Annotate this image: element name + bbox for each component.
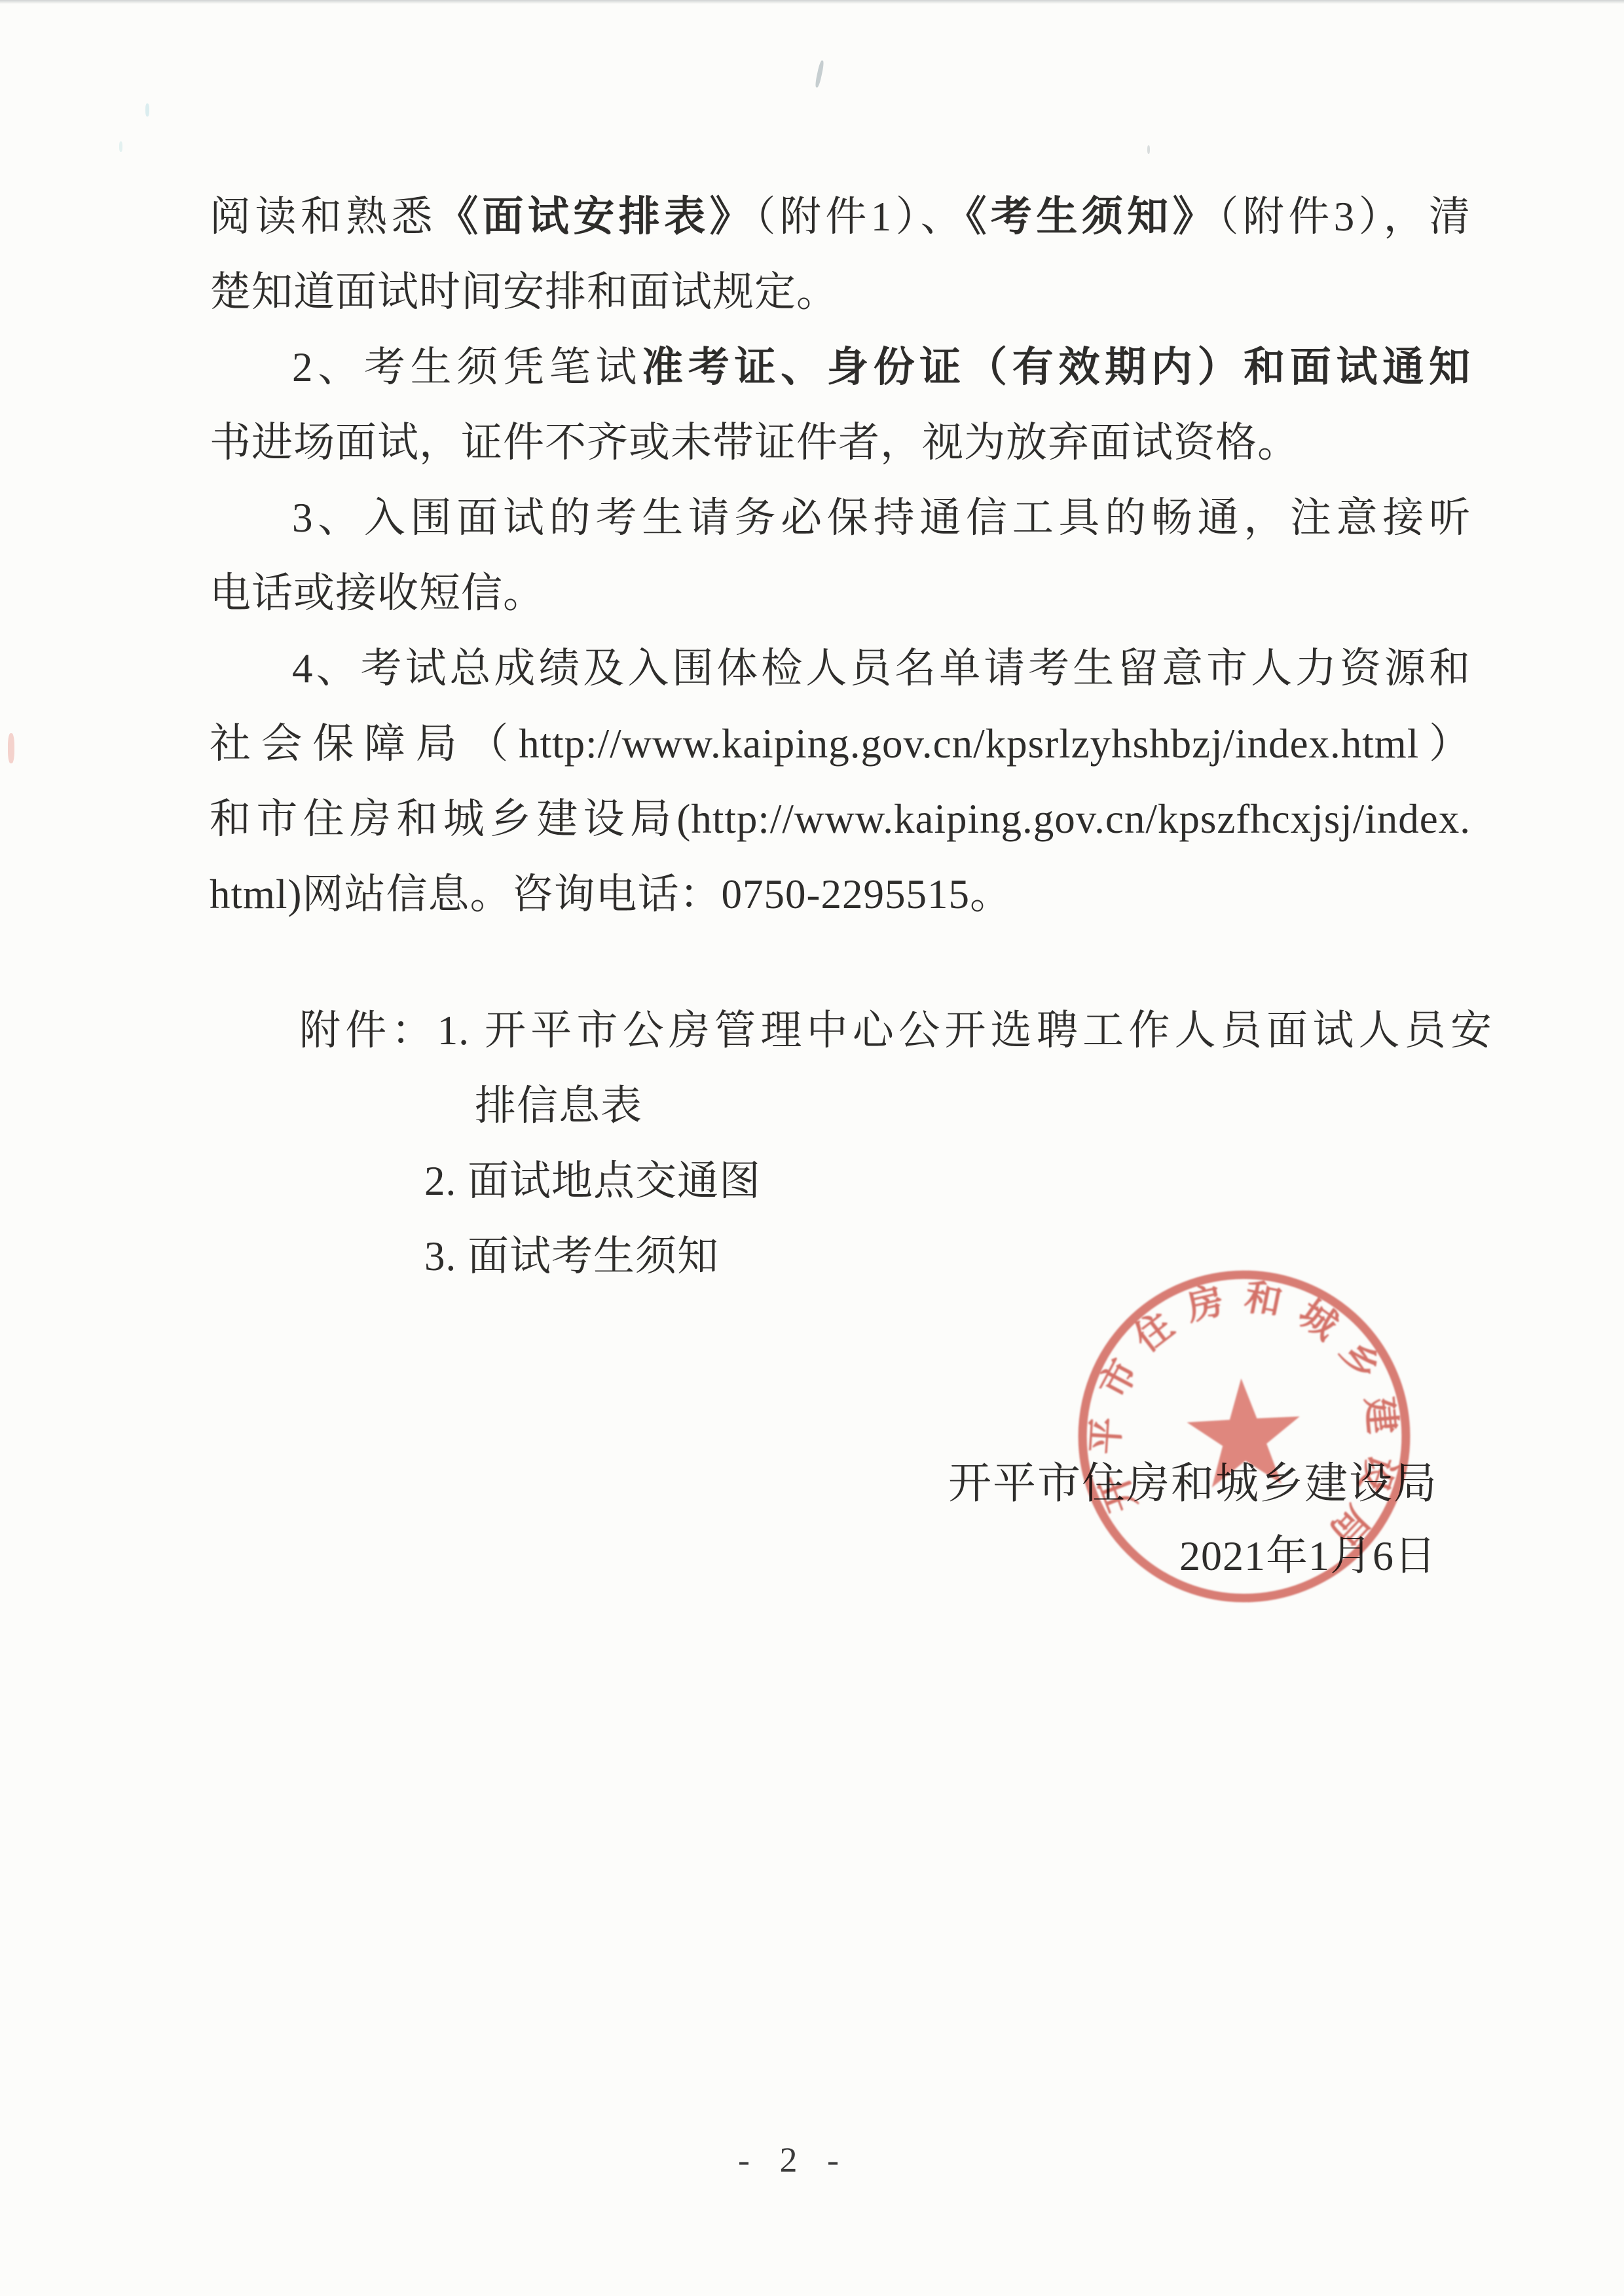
text-segment-url: 社会保障局（http://www.kaiping.gov.cn/kpsrlzyh… xyxy=(210,721,1471,767)
attachment-item-2: 2. 面试地点交通图 xyxy=(299,1144,1492,1219)
scan-speck xyxy=(815,60,825,88)
body-line-p3-1: 3、入围面试的考生请务必保持通信工具的畅通，注意接听 xyxy=(210,481,1471,556)
page-footer: - 2 - xyxy=(0,2140,1624,2180)
text-segment-bold: 准考证、身份证（有效期内）和面试通知 xyxy=(642,344,1471,390)
body-line-p4-1: 4、考试总成绩及入围体检人员名单请考生留意市人力资源和 xyxy=(210,631,1471,706)
scan-speck xyxy=(8,733,14,763)
document-page: 阅读和熟悉《面试安排表》（附件1）、《考生须知》（附件3），清 楚知道面试时间安… xyxy=(0,0,1624,2296)
text-segment: （附件1）、 xyxy=(755,194,966,240)
text-segment: 电话或接收短信。 xyxy=(210,570,545,616)
text-segment-bold: 《面试安排表》 xyxy=(437,194,755,240)
body-line-p1-2: 楚知道面试时间安排和面试规定。 xyxy=(210,255,1471,330)
body-line-p4-3: 和市住房和城乡建设局(http://www.kaiping.gov.cn/kps… xyxy=(210,782,1471,857)
body-line-p4-4: html)网站信息。咨询电话：0750-2295515。 xyxy=(210,857,1471,932)
scan-edge-artifact xyxy=(0,0,1624,4)
scan-speck xyxy=(119,141,122,152)
text-segment: 书进场面试，证件不齐或未带证件者，视为放弃面试资格。 xyxy=(210,420,1299,465)
text-segment-url: 和市住房和城乡建设局(http://www.kaiping.gov.cn/kps… xyxy=(210,796,1471,842)
seal-star-icon xyxy=(1185,1376,1303,1489)
text-segment: 3、入围面试的考生请务必保持通信工具的畅通，注意接听 xyxy=(292,495,1471,541)
text-segment: （附件3），清 xyxy=(1218,194,1471,240)
body-line-p2-1: 2、考生须凭笔试准考证、身份证（有效期内）和面试通知 xyxy=(210,330,1471,405)
text-segment: html)网站信息。咨询电话：0750-2295515。 xyxy=(210,871,1012,917)
attachment-item-1-line-2: 排信息表 xyxy=(299,1068,1492,1144)
attachment-list: 附件：1. 开平市公房管理中心公开选聘工作人员面试人员安 排信息表 2. 面试地… xyxy=(299,993,1492,1294)
attachment-item-1-line-1: 附件：1. 开平市公房管理中心公开选聘工作人员面试人员安 xyxy=(299,993,1492,1068)
body-line-p3-2: 电话或接收短信。 xyxy=(210,556,1471,631)
text-segment: 阅读和熟悉 xyxy=(210,194,437,240)
text-segment: 楚知道面试时间安排和面试规定。 xyxy=(210,269,838,315)
text-segment: 3. 面试考生须知 xyxy=(424,1233,719,1279)
body-line-p2-2: 书进场面试，证件不齐或未带证件者，视为放弃面试资格。 xyxy=(210,405,1471,481)
document-body: 阅读和熟悉《面试安排表》（附件1）、《考生须知》（附件3），清 楚知道面试时间安… xyxy=(210,179,1471,932)
official-seal: 开平市住房和城乡建设局 xyxy=(1064,1256,1425,1617)
text-segment: 4、考试总成绩及入围体检人员名单请考生留意市人力资源和 xyxy=(292,646,1471,691)
text-segment: 2、考生须凭笔试 xyxy=(292,344,642,390)
scan-speck xyxy=(1147,145,1150,154)
page-number: - 2 - xyxy=(738,2140,849,2180)
text-segment: 附件：1. 开平市公房管理中心公开选聘工作人员面试人员安 xyxy=(299,1008,1492,1053)
scan-speck xyxy=(145,103,149,117)
text-segment: 排信息表 xyxy=(475,1083,642,1129)
text-segment-bold: 《考生须知》 xyxy=(966,194,1218,240)
text-segment: 2. 面试地点交通图 xyxy=(424,1158,761,1204)
body-line-p1-1: 阅读和熟悉《面试安排表》（附件1）、《考生须知》（附件3），清 xyxy=(210,179,1471,255)
body-line-p4-2: 社会保障局（http://www.kaiping.gov.cn/kpsrlzyh… xyxy=(210,706,1471,782)
